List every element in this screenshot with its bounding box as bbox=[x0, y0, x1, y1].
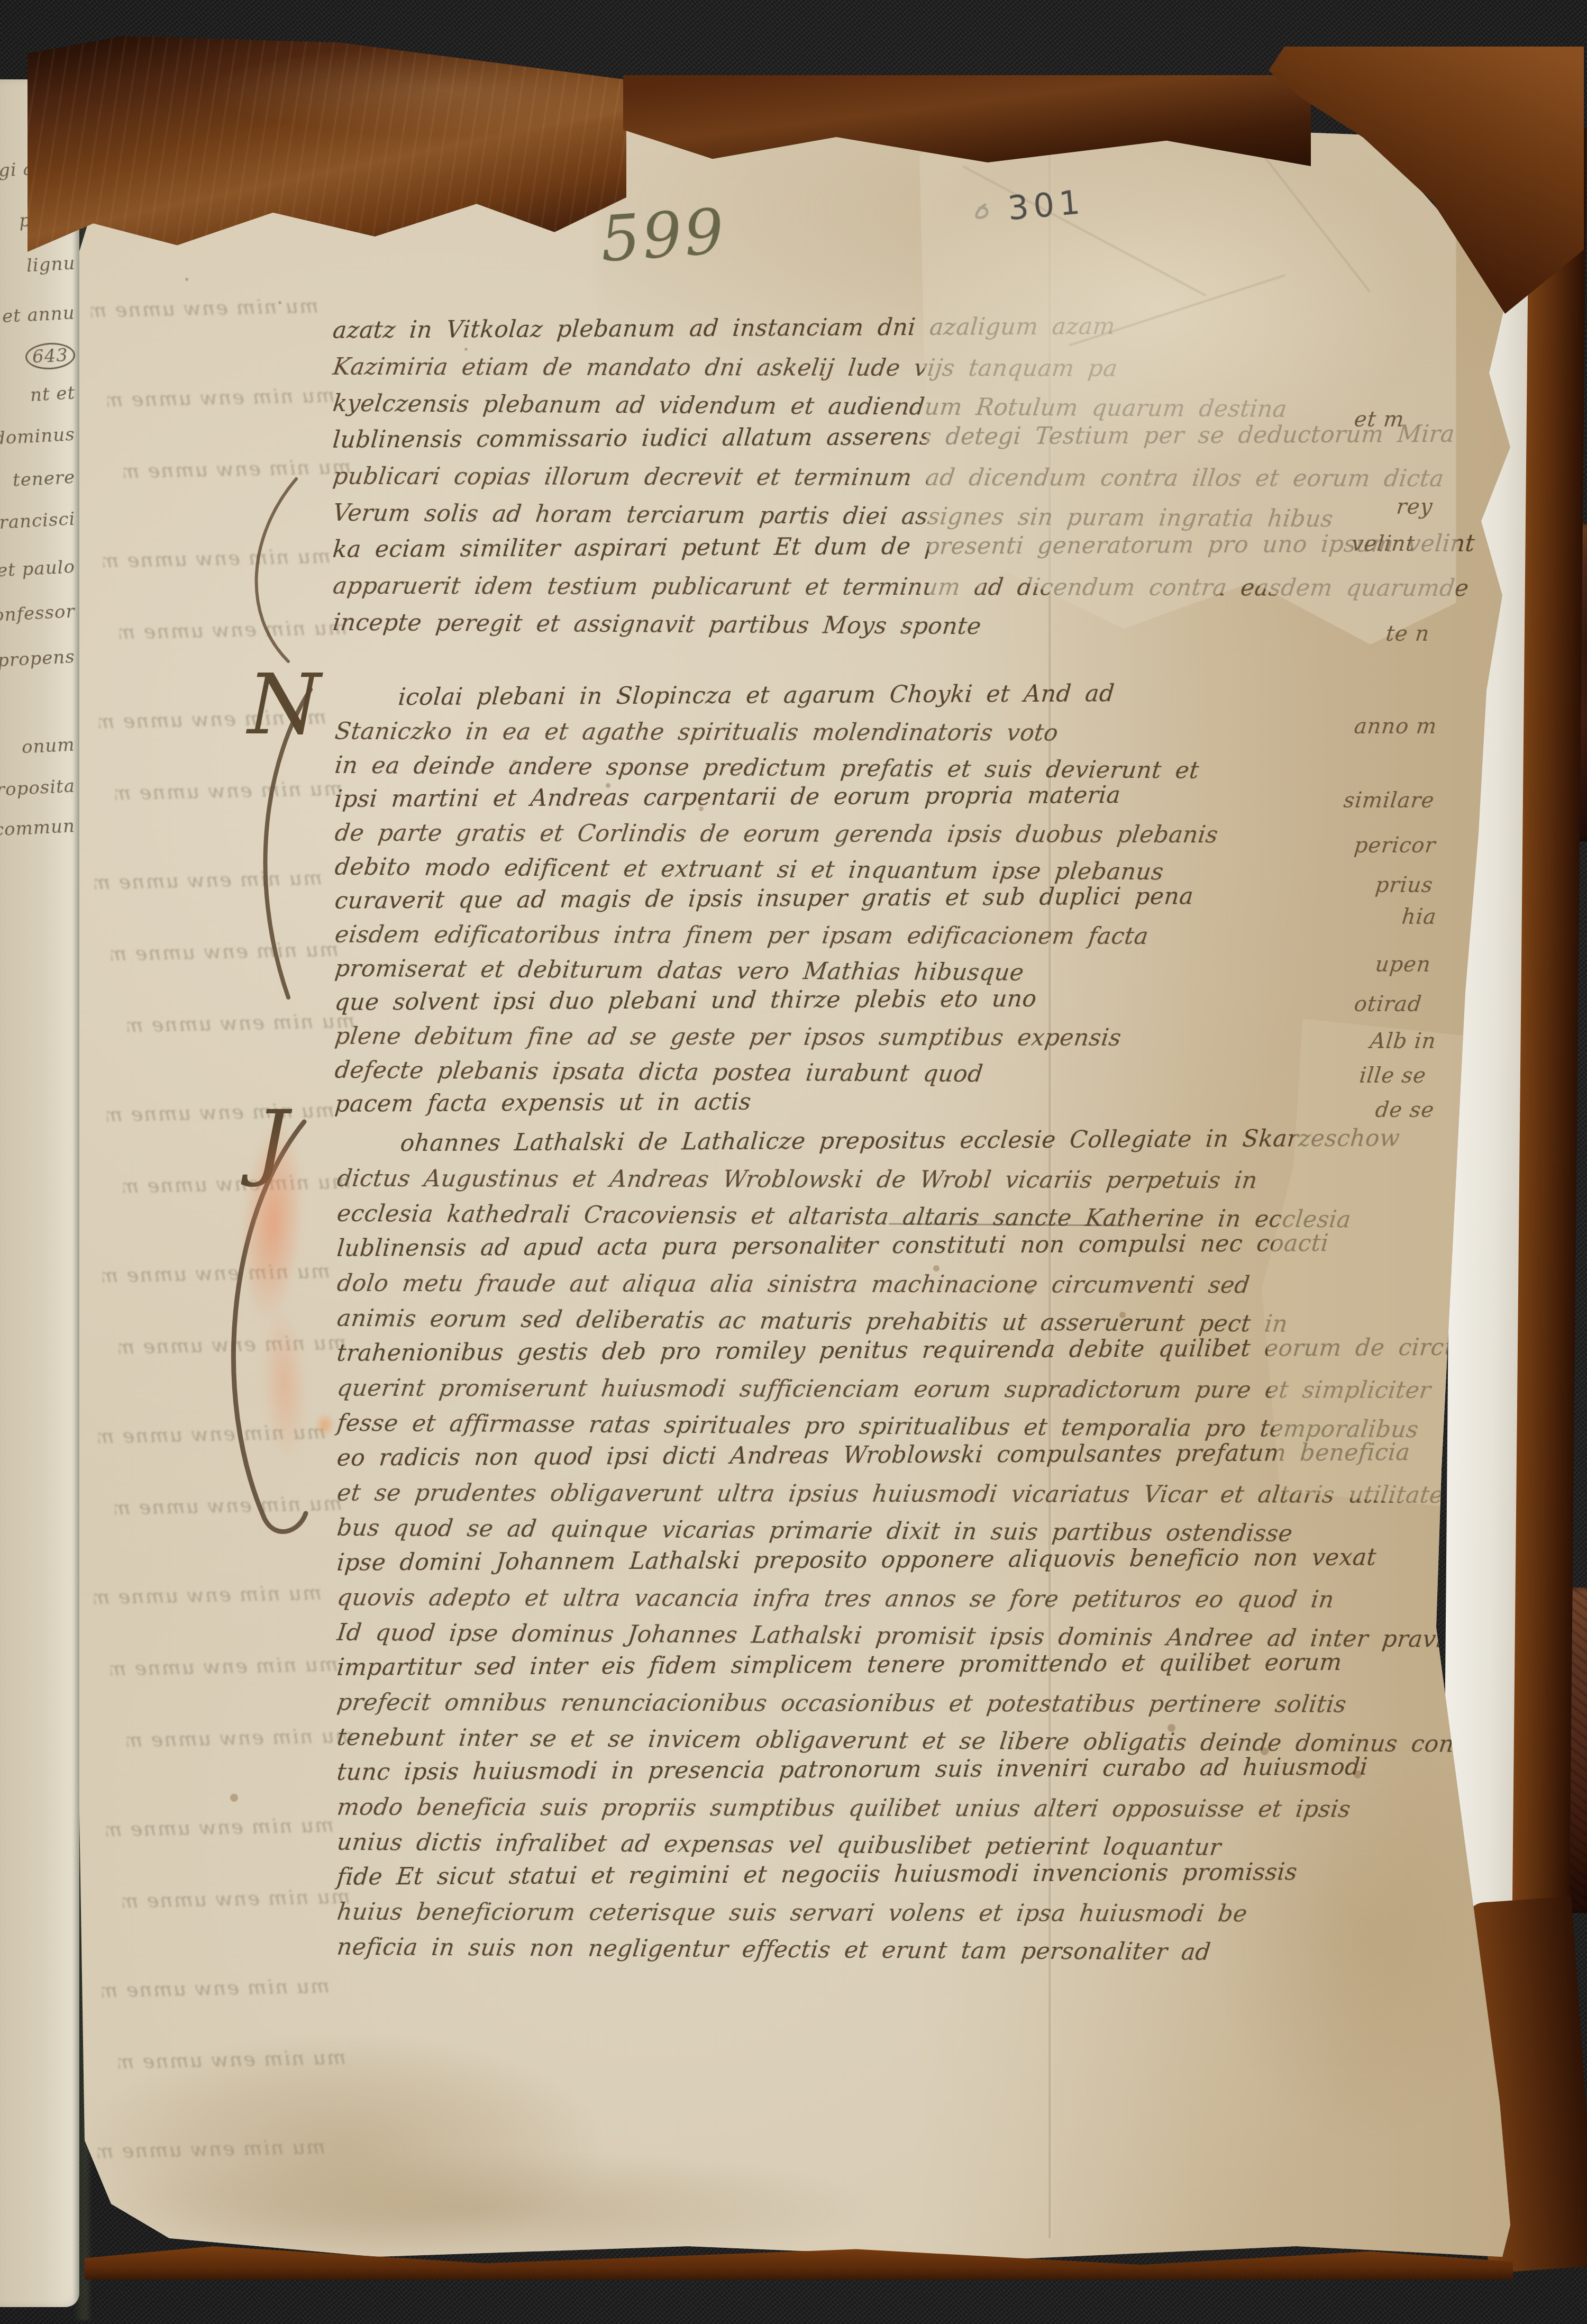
handwritten-line: neficia in suis non negligentur effectis… bbox=[334, 1936, 1587, 1978]
handwritten-line: ipse domini Johannem Lathalski preposito… bbox=[335, 1545, 1587, 1586]
handwritten-line: tunc ipsis huiusmodi in presencia patron… bbox=[335, 1755, 1587, 1796]
previous-page-fragment: proposita bbox=[0, 776, 76, 802]
showthrough-line: mu nim enw umne mnu wen unm emne nu mu n… bbox=[127, 1724, 355, 1752]
handwritten-line: quovis adepto et ultra vacancia infra tr… bbox=[334, 1586, 1587, 1624]
showthrough-line: mu nim enw umne mnu wen unm emne nu mu n… bbox=[106, 1813, 334, 1841]
showthrough-line: mu nim enw umne mnu wen unm emne nu mu n… bbox=[103, 544, 331, 573]
showthrough-line: mu nim enw umne mnu wen unm emne nu mu n… bbox=[94, 1581, 322, 1609]
showthrough-line: mu nim enw umne mnu wen unm emne nu mu n… bbox=[107, 384, 335, 412]
cover-leather-top-left bbox=[28, 36, 626, 254]
previous-page-fragment: nt et bbox=[30, 383, 76, 406]
handwritten-line: pacem facta expensis ut in actis bbox=[333, 1088, 1218, 1127]
margin-fragment: pericor bbox=[1353, 833, 1437, 858]
foxing-speck bbox=[185, 278, 188, 281]
previous-page-fragment: commun bbox=[0, 815, 76, 841]
showthrough-line: mu nim enw umne mnu wen unm emne nu mu n… bbox=[115, 1492, 343, 1520]
previous-page-fragment: confessor bbox=[0, 601, 76, 627]
foxing-speck bbox=[230, 1794, 238, 1802]
handwritten-line: de parte gratis et Corlindis de eorum ge… bbox=[332, 822, 1219, 857]
previous-page-fragment: et paulo bbox=[0, 556, 76, 582]
previous-page-sliver: S gi amodpatrislignuet annu643nt etdomin… bbox=[0, 79, 79, 2307]
previous-page-fragment: 643 bbox=[25, 342, 76, 371]
margin-fragment: prius bbox=[1374, 873, 1435, 897]
showthrough-line: mu nim enw umne mnu wen unm emne nu mu n… bbox=[107, 1099, 335, 1127]
showthrough-line: mu nim enw umne mnu wen unm emne nu mu n… bbox=[123, 1885, 351, 1913]
showthrough-line: mu nim enw umne mnu wen unm emne nu mu n… bbox=[98, 2135, 326, 2163]
handwritten-line: impartitur sed inter eis fidem simplicem… bbox=[335, 1650, 1587, 1691]
previous-page-fragment: dominus bbox=[0, 424, 76, 449]
entry-paragraph: icolai plebani in Slopincza et agarum Ch… bbox=[334, 686, 1217, 1127]
previous-page-fragment: tenere bbox=[12, 467, 76, 491]
margin-fragment: velint bbox=[1351, 532, 1417, 556]
folio-number-pencil: 301 bbox=[1007, 186, 1086, 225]
showthrough-line: mu nim enw umne mnu wen unm emne nu mu n… bbox=[119, 1331, 347, 1359]
showthrough-line: mu nim enw umne mnu wen unm emne nu mu n… bbox=[118, 2046, 346, 2074]
showthrough-line: mu nim enw umne mnu wen unm emne nu mu n… bbox=[127, 1009, 355, 1037]
handwritten-line: prefecit omnibus renunciacionibus occasi… bbox=[334, 1691, 1587, 1729]
showthrough-line: mu nim enw umne mnu wen unm emne nu mu n… bbox=[102, 1974, 330, 2002]
handwritten-line: Staniczko in ea et agathe spiritualis mo… bbox=[332, 720, 1219, 756]
margin-fragment: hia bbox=[1401, 905, 1438, 929]
showthrough-line: mu nim enw umne mnu wen unm emne nu mu n… bbox=[95, 866, 323, 894]
showthrough-line: mu nim enw umne mnu wen unm emne nu mu n… bbox=[115, 777, 343, 805]
showthrough-line: mu nim enw umne mnu wen unm emne nu mu n… bbox=[103, 1259, 331, 1287]
margin-fragment: upen bbox=[1374, 952, 1433, 977]
previous-page-fragment: lignu bbox=[26, 253, 76, 277]
showthrough-line: mu nim enw umne mnu wen unm emne nu mu n… bbox=[120, 616, 348, 644]
showthrough-line: mu nim enw umne mnu wen unm emne nu mu n… bbox=[111, 938, 339, 966]
previous-page-fragment: et annu bbox=[2, 302, 75, 327]
margin-fragment: rey bbox=[1396, 495, 1434, 519]
handwritten-line: modo beneficia suis propriis sumptibus q… bbox=[334, 1796, 1587, 1833]
paragraph-initial: J bbox=[255, 1099, 288, 1183]
handwritten-line: eisdem edificatoribus intra finem per ip… bbox=[332, 923, 1219, 959]
margin-fragment: te n bbox=[1385, 622, 1431, 646]
showthrough-line: mu nim enw umne mnu wen unm emne nu mu n… bbox=[123, 1170, 351, 1198]
folio-number-ink: 599 bbox=[598, 199, 728, 270]
handwritten-line: huius beneficiorum ceterisque suis serva… bbox=[334, 1901, 1587, 1938]
showthrough-line: mu nim enw umne mnu wen unm emne nu mu n… bbox=[91, 294, 319, 322]
previous-page-fragment: propens bbox=[0, 646, 76, 671]
previous-page-fragment: onum bbox=[22, 734, 76, 758]
handwritten-line: ipsi martini et Andreas carpentarii de e… bbox=[333, 783, 1218, 822]
margin-fragment: ille se bbox=[1358, 1064, 1428, 1088]
manuscript-photo: S gi amodpatrislignuet annu643nt etdomin… bbox=[0, 0, 1587, 2324]
handwritten-line: plene debitum fine ad se geste per ipsos… bbox=[332, 1025, 1219, 1060]
margin-fragment: de se bbox=[1374, 1098, 1436, 1122]
showthrough-line: mu nim enw umne mnu wen unm emne nu mu n… bbox=[98, 1420, 326, 1448]
handwritten-line: curaverit que ad magis de ipsis insuper … bbox=[333, 885, 1218, 923]
foxing-speck bbox=[278, 301, 281, 304]
handwritten-line: icolai plebani in Slopincza et agarum Ch… bbox=[333, 682, 1218, 720]
margin-fragment: anno m bbox=[1353, 714, 1438, 739]
manuscript-page: mu nim enw umne mnu wen unm emne nu mu n… bbox=[79, 119, 1518, 2262]
showthrough-line: mu nim enw umne mnu wen unm emne nu mu n… bbox=[111, 1653, 339, 1681]
margin-fragment: Alb in bbox=[1369, 1029, 1437, 1054]
handwritten-line: incepte peregit et assignavit partibus M… bbox=[330, 611, 1476, 655]
handwritten-line: fide Et sicut statui et regimini et nego… bbox=[335, 1859, 1587, 1901]
handwritten-line: que solvent ipsi duo plebani und thirze … bbox=[333, 986, 1218, 1025]
paragraph-initial: N bbox=[248, 663, 321, 747]
previous-page-fragment: Francisci bbox=[0, 509, 76, 534]
repair-tissue-patch-top-right bbox=[919, 123, 1456, 644]
margin-fragment: similare bbox=[1343, 788, 1436, 813]
showthrough-line: mu nim enw umne mnu wen unm emne nu mu n… bbox=[124, 455, 352, 483]
margin-fragment: otirad bbox=[1353, 992, 1423, 1016]
margin-fragment: et m bbox=[1353, 407, 1406, 432]
